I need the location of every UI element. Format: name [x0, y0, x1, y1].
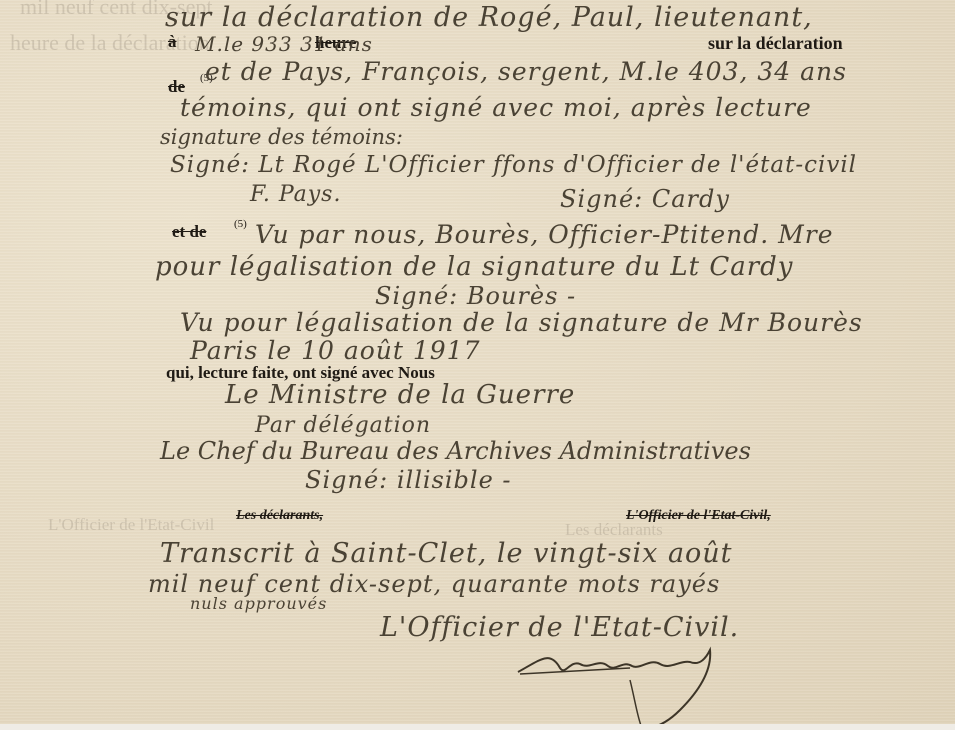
handwritten-line: témoins, qui ont signé avec moi, après l… — [180, 93, 812, 122]
handwritten-line: M.le 933 31 ans — [195, 32, 373, 56]
handwritten-line: Paris le 10 août 1917 — [190, 336, 481, 365]
printed-sur-la-declaration: sur la déclaration — [708, 33, 843, 54]
printed-a: à — [168, 32, 177, 52]
handwritten-line: Le Ministre de la Guerre — [225, 380, 575, 410]
footnote-marker: (5) — [234, 218, 247, 230]
handwritten-line: Par délégation — [255, 413, 431, 438]
handwritten-line: sur la déclaration de Rogé, Paul, lieute… — [165, 2, 813, 33]
handwritten-line: nuls approuvés — [190, 594, 327, 613]
printed-et-de: et de — [172, 222, 206, 242]
handwritten-line: Vu par nous, Bourès, Officier-Ptitend. M… — [255, 220, 834, 249]
handwritten-line: L'Officier de l'Etat-Civil. — [380, 612, 739, 643]
handwritten-line: Vu pour légalisation de la signature de … — [180, 308, 863, 337]
bleed-through-text: heure de la déclaration — [10, 30, 210, 56]
handwritten-line: Signé: Lt Rogé L'Officier ffons d'Offici… — [170, 152, 857, 178]
document-page: mil neuf cent dix-sept heure de la décla… — [0, 0, 955, 724]
bleed-through-text: L'Officier de l'Etat-Civil — [48, 515, 214, 535]
scan-edge — [0, 724, 955, 730]
handwritten-line: F. Pays. — [250, 182, 341, 207]
handwritten-line: Signé: Bourès - — [375, 282, 576, 310]
printed-officier-etat-civil: L'Officier de l'Etat-Civil, — [626, 508, 771, 524]
handwritten-line: Transcrit à Saint-Clet, le vingt-six aoû… — [160, 538, 733, 569]
officer-signature — [510, 640, 730, 730]
handwritten-line: signature des témoins: — [160, 125, 403, 149]
printed-les-declarants: Les déclarants, — [236, 508, 323, 524]
handwritten-line: Le Chef du Bureau des Archives Administr… — [160, 437, 751, 465]
handwritten-line: pour légalisation de la signature du Lt … — [155, 252, 793, 282]
handwritten-line: et de Pays, François, sergent, M.le 403,… — [205, 57, 847, 86]
handwritten-line: Signé: Cardy — [560, 185, 730, 213]
handwritten-line: Signé: illisible - — [305, 466, 512, 494]
